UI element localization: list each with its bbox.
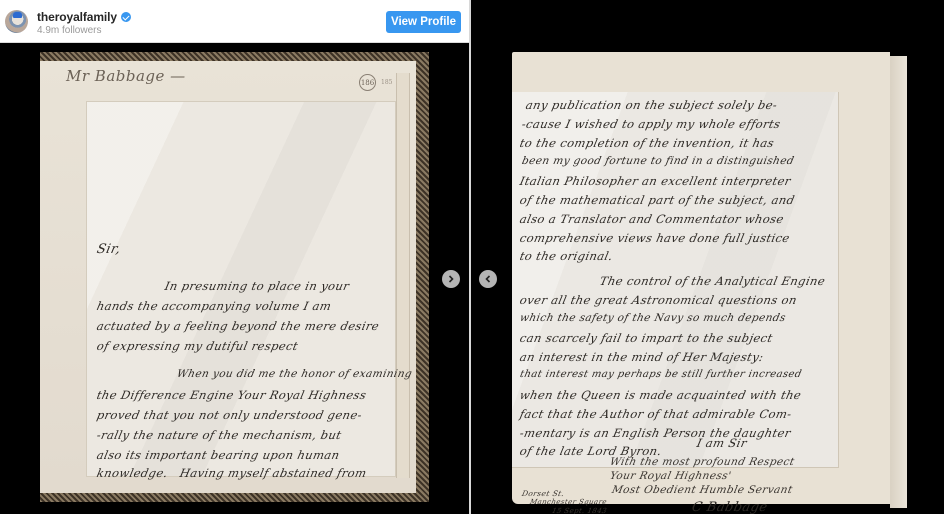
album-mount: Mr Babbage — 186 185 Sir, In presuming t… [40,61,416,493]
letter-line: been my good fortune to find in a distin… [521,155,796,167]
letter-line: proved that you not only understood gene… [96,408,364,422]
letter-image-page-1: Mr Babbage — 186 185 Sir, In presuming t… [40,52,429,502]
letter-line: The control of the Analytical Engine [599,274,827,288]
letter-line: comprehensive views have done full justi… [519,231,792,245]
letter-line: also its important bearing upon human [96,448,342,462]
letter-line: the Difference Engine Your Royal Highnes… [96,388,368,402]
letter-line: of the mathematical part of the subject,… [519,193,797,207]
letter-line: I am Sir [696,436,749,450]
letter-line: that interest may perhaps be still furth… [519,369,803,380]
letter-line: In presuming to place in your [164,279,351,293]
letter-sheet: any publication on the subject solely be… [512,92,839,468]
profile-header: theroyalfamily 4.9m followers View Profi… [0,0,469,43]
letter-line: When you did me the honor of examining [176,368,414,380]
letter-line: -mentary is an English Person the daught… [519,426,793,440]
page-flap [890,56,907,508]
address-line: Dorset St. [521,489,565,498]
address-line: Manchester Square [529,498,607,506]
letter-line: -cause I wished to apply my whole effort… [521,117,782,131]
letter-line: which the safety of the Navy so much dep… [519,312,787,324]
letter-line: an interest in the mind of Her Majesty: [519,350,765,364]
folio-number: 186 [359,74,376,91]
letter-line: Having myself abstained from [179,466,368,480]
letter-image-page-2: any publication on the subject solely be… [512,52,907,506]
letter-line: fact that the Author of that admirable C… [519,407,794,421]
letter-line: -rally the nature of the mechanism, but [96,428,343,442]
letter-line: actuated by a feeling beyond the mere de… [96,319,381,333]
letter-line: to the original. [519,249,615,263]
letter-line: Italian Philosopher an excellent interpr… [519,174,793,188]
letter-line: when the Queen is made acquainted with t… [519,388,803,402]
letter-line: over all the great Astronomical question… [519,293,799,307]
page-edge [396,73,410,478]
closing-line: Your Royal Highness' [609,470,733,482]
letter-line: can scarcely fail to impart to the subje… [519,331,775,345]
carousel-next-button[interactable] [442,270,460,288]
username-row: theroyalfamily [37,10,131,24]
address-line: 15 Sept. 1843 [551,507,608,514]
panel-divider [469,0,471,514]
signature: C Babbage [690,500,769,514]
letter-line: any publication on the subject solely be… [525,98,779,112]
letter-sheet: Sir, In presuming to place in your hands… [86,101,396,477]
salutation: Sir, [95,242,122,257]
closing-line: Most Obedient Humble Servant [611,484,794,496]
chevron-right-icon [447,275,455,283]
letter-line: to the completion of the invention, it h… [519,136,776,150]
letter-line: hands the accompanying volume I am [96,299,333,313]
closing-line: With the most profound Respect [609,456,796,468]
addressee-note: Mr Babbage — [66,67,186,85]
left-embed-panel: theroyalfamily 4.9m followers View Profi… [0,0,469,514]
avatar[interactable] [5,10,28,33]
view-profile-button[interactable]: View Profile [386,11,461,33]
letter-line: knowledge. [96,466,170,480]
followers-count: 4.9m followers [37,25,101,36]
carousel-prev-button[interactable] [479,270,497,288]
letter-line: of expressing my dutiful respect [96,339,300,353]
verified-badge-icon [121,12,131,22]
folio-secondary: 185 [381,79,392,86]
chevron-left-icon [484,275,492,283]
avatar-image [13,12,22,18]
letter-line: also a Translator and Commentator whose [519,212,786,226]
username[interactable]: theroyalfamily [37,10,117,24]
